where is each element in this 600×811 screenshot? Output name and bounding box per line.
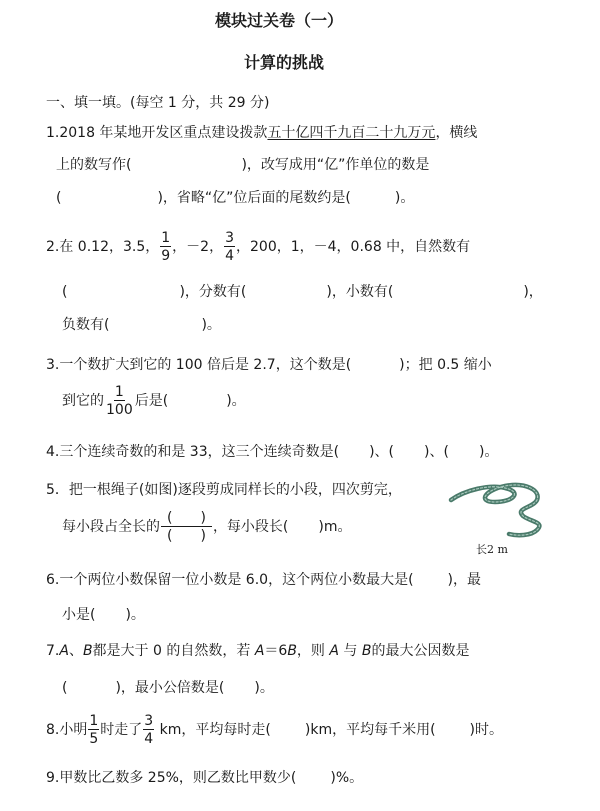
fraction-denominator-blank[interactable]: ( ) <box>161 527 212 543</box>
variable-a: A <box>255 643 265 659</box>
q1-text: ，横线 <box>435 125 477 141</box>
question-3-line-2: 到它的1100后是()。 <box>62 385 246 417</box>
variable-a: A <box>329 643 339 659</box>
q7-text: )。 <box>254 680 273 696</box>
q2-text: 负数有( <box>62 317 109 333</box>
fraction-blank[interactable]: ( )( ) <box>161 511 212 543</box>
question-7-line-2: ()，最小公倍数是()。 <box>62 681 274 695</box>
q5-text: )m。 <box>318 519 351 535</box>
rope-icon <box>445 478 550 540</box>
question-1-line-3: ()，省略“亿”位后面的尾数约是()。 <box>56 191 414 205</box>
fraction-denominator: 100 <box>105 401 134 417</box>
q9-text: )%。 <box>330 770 363 786</box>
question-2-line-3: 负数有()。 <box>62 318 221 332</box>
q9-text: 9.甲数比乙数多 25%，则乙数比甲数少( <box>46 770 296 786</box>
q1-text: ( <box>56 190 61 206</box>
rope-length-label: 长2 m <box>476 541 508 557</box>
q5-text: 每小段占全长的 <box>62 519 160 535</box>
q2-text: ( <box>62 284 67 300</box>
q6-text: 小是( <box>62 607 95 623</box>
fraction-denominator: 4 <box>143 730 154 746</box>
question-2-line-1: 2.在 0.12，3.5，19，－2，34，200，1，－4，0.68 中，自然… <box>46 231 470 263</box>
question-2-line-2: ()，分数有()，小数有()， <box>62 285 543 299</box>
question-1-line-1: 1.2018 年某地开发区重点建设拨款五十亿四千九百二十九万元，横线 <box>46 126 477 140</box>
q6-text: )。 <box>125 607 144 623</box>
question-8: 8.小明15时走了34 km，平均每时走()km，平均每千米用()时。 <box>46 714 503 746</box>
fraction-denominator: 9 <box>160 247 171 263</box>
q2-text: ，200，1，－4，0.68 中，自然数有 <box>236 239 470 255</box>
q7-text: 、 <box>69 643 83 659</box>
question-4: 4.三个连续奇数的和是 33，这三个连续奇数是()、()、()。 <box>46 445 498 459</box>
variable-b: B <box>287 643 297 659</box>
question-1-line-2: 上的数写作()，改写成用“亿”作单位的数是 <box>56 158 429 172</box>
variable-b: B <box>83 643 93 659</box>
q4-text: )、( <box>424 444 449 460</box>
fraction: 19 <box>160 231 171 263</box>
fraction-numerator: 1 <box>88 714 99 730</box>
question-7-line-1: 7.A、B都是大于 0 的自然数，若 A＝6B，则 A 与 B的最大公因数是 <box>46 644 469 658</box>
q1-text: )，省略“亿”位后面的尾数约是( <box>157 190 350 206</box>
q1-text: )，改写成用“亿”作单位的数是 <box>241 157 429 173</box>
fraction: 34 <box>224 231 235 263</box>
q3-text: 到它的 <box>62 393 104 409</box>
q4-text: 4.三个连续奇数的和是 33，这三个连续奇数是( <box>46 444 339 460</box>
fraction: 34 <box>143 714 154 746</box>
q4-text: )。 <box>479 444 498 460</box>
q2-text: )。 <box>201 317 220 333</box>
q3-text: )；把 0.5 缩小 <box>399 357 492 373</box>
fraction-numerator: 3 <box>224 231 235 247</box>
section-heading: 一、填一填。(每空 1 分，共 29 分) <box>46 96 269 110</box>
q5-text: ，每小段长( <box>213 519 288 535</box>
q2-text: )，小数有( <box>326 284 393 300</box>
q2-text: 2.在 0.12，3.5， <box>46 239 159 255</box>
question-5-line-2: 每小段占全长的( )( )，每小段长()m。 <box>62 511 352 543</box>
fraction: 15 <box>88 714 99 746</box>
fraction: 1100 <box>105 385 134 417</box>
fraction-numerator: 1 <box>160 231 171 247</box>
q3-text: 3.一个数扩大到它的 100 倍后是 2.7，这个数是( <box>46 357 351 373</box>
fraction-numerator-blank[interactable]: ( ) <box>161 511 212 527</box>
q8-text: 8.小明 <box>46 722 87 738</box>
q6-text: 6.一个两位小数保留一位小数是 6.0，这个两位小数最大是( <box>46 572 414 588</box>
q1-text: 1.2018 年某地开发区重点建设拨款 <box>46 125 267 141</box>
fraction-denominator: 5 <box>88 730 99 746</box>
q2-text: )， <box>523 284 542 300</box>
fraction-numerator: 1 <box>114 385 125 401</box>
q8-text: km，平均每时走( <box>155 722 271 738</box>
question-9: 9.甲数比乙数多 25%，则乙数比甲数少()%。 <box>46 771 363 785</box>
q7-text: 都是大于 0 的自然数，若 <box>93 643 255 659</box>
variable-a: A <box>59 643 69 659</box>
q7-text: 与 <box>339 643 362 659</box>
q3-text: 后是( <box>135 393 168 409</box>
question-6-line-2: 小是()。 <box>62 608 145 622</box>
q8-text: )km，平均每千米用( <box>305 722 436 738</box>
question-3-line-1: 3.一个数扩大到它的 100 倍后是 2.7，这个数是()；把 0.5 缩小 <box>46 358 492 372</box>
fraction-numerator: 3 <box>143 714 154 730</box>
q6-text: )，最 <box>448 572 481 588</box>
q7-text: 7. <box>46 643 59 659</box>
fraction-denominator: 4 <box>224 247 235 263</box>
q4-text: )、( <box>369 444 394 460</box>
q7-text: )，最小公倍数是( <box>115 680 224 696</box>
q1-underlined-number: 五十亿四千九百二十九万元 <box>267 125 435 141</box>
q7-text: 的最大公因数是 <box>371 643 469 659</box>
q1-text: 上的数写作( <box>56 157 131 173</box>
q8-text: 时走了 <box>100 722 142 738</box>
q1-text: )。 <box>395 190 414 206</box>
q7-text: ( <box>62 680 67 696</box>
q7-text: ，则 <box>297 643 329 659</box>
page-subtitle: 计算的挑战 <box>244 55 324 71</box>
q8-text: )时。 <box>470 722 503 738</box>
question-5-line-1: 5．把一根绳子(如图)逐段剪成同样长的小段，四次剪完， <box>46 483 402 497</box>
page-title: 模块过关卷（一） <box>215 13 343 29</box>
q7-text: ＝6 <box>264 643 287 659</box>
q2-text: ，－2， <box>172 239 223 255</box>
q2-text: )，分数有( <box>179 284 246 300</box>
question-6-line-1: 6.一个两位小数保留一位小数是 6.0，这个两位小数最大是()，最 <box>46 573 481 587</box>
q3-text: )。 <box>226 393 245 409</box>
